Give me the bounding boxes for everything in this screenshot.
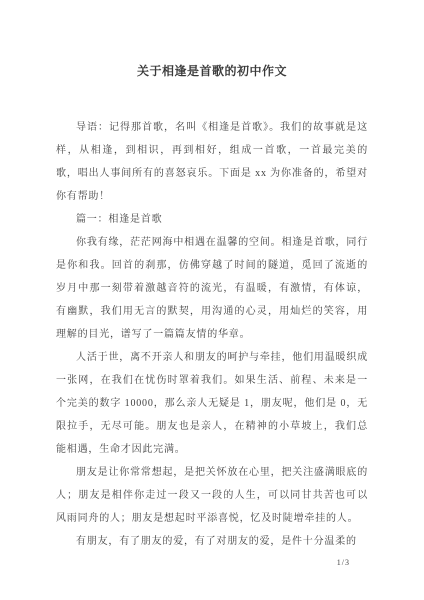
document-body: 导语：记得那首歌，名叫《相逢是首歌》。我们的故事就是这样，从相逢，到相识，再到相… xyxy=(56,116,368,553)
page-number: 1/3 xyxy=(337,558,350,567)
paragraph: 人活于世，离不开亲人和朋友的呵护与牵挂，他们用温暖织成一张网，在我们在忧伤时罩着… xyxy=(56,346,368,461)
document-page: 关于相逢是首歌的初中作文 导语：记得那首歌，名叫《相逢是首歌》。我们的故事就是这… xyxy=(0,0,424,600)
document-title: 关于相逢是首歌的初中作文 xyxy=(56,0,368,79)
section-heading: 篇一：相逢是首歌 xyxy=(56,208,368,231)
paragraph-intro: 导语：记得那首歌，名叫《相逢是首歌》。我们的故事就是这样，从相逢，到相识，再到相… xyxy=(56,116,368,208)
paragraph: 朋友是让你常常想起，是把关怀放在心里，把关注盛满眼底的人；朋友是相伴你走过一段又… xyxy=(56,461,368,530)
paragraph-truncated: 有朋友，有了朋友的爱，有了对朋友的爱，是件十分温柔的 xyxy=(56,530,368,553)
paragraph: 你我有缘，茫茫网海中相遇在温馨的空间。相逢是首歌，同行是你和我。回首的刹那，仿佛… xyxy=(56,231,368,346)
